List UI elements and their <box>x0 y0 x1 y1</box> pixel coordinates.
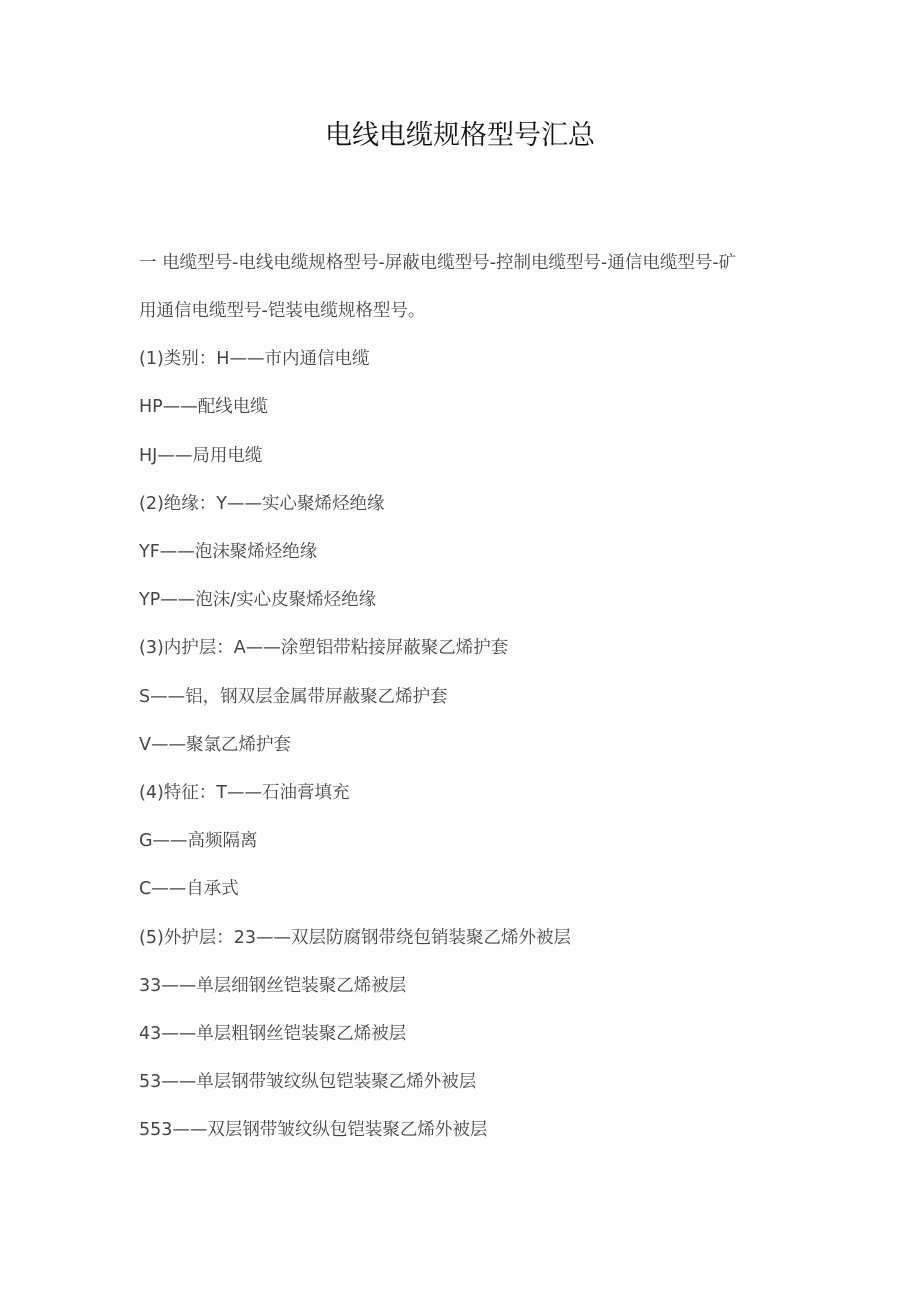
spec-item-53: 53——单层钢带皱纹纵包铠装聚乙烯外被层 <box>139 1070 476 1094</box>
spec-item-inner-sheath-a: (3)内护层：A——涂塑铝带粘接屏蔽聚乙烯护套 <box>139 636 508 660</box>
spec-item-v: V——聚氯乙烯护套 <box>139 733 291 757</box>
document-title: 电线电缆规格型号汇总 <box>0 116 920 156</box>
spec-item-yf: YF——泡沫聚烯烃绝缘 <box>139 540 317 564</box>
spec-item-s: S——铝，钢双层金属带屏蔽聚乙烯护套 <box>139 685 448 709</box>
intro-line-1: 一 电缆型号-电线电缆规格型号-屏蔽电缆型号-控制电缆型号-通信电缆型号-矿 <box>139 251 736 275</box>
spec-item-hj: HJ——局用电缆 <box>139 444 262 468</box>
spec-item-feature-t: (4)特征：T——石油膏填充 <box>139 781 349 805</box>
spec-item-category-h: (1)类别：H——市内通信电缆 <box>139 347 369 371</box>
intro-line-2: 用通信电缆型号-铠装电缆规格型号。 <box>139 299 425 323</box>
spec-item-hp: HP——配线电缆 <box>139 395 268 419</box>
spec-item-33: 33——单层细钢丝铠装聚乙烯被层 <box>139 974 406 998</box>
spec-item-553: 553——双层钢带皱纹纵包铠装聚乙烯外被层 <box>139 1118 487 1142</box>
document-page: 电线电缆规格型号汇总 一 电缆型号-电线电缆规格型号-屏蔽电缆型号-控制电缆型号… <box>0 0 920 1302</box>
spec-item-yp: YP——泡沫/实心皮聚烯烃绝缘 <box>139 588 376 612</box>
spec-item-g: G——高频隔离 <box>139 829 258 853</box>
spec-item-outer-sheath-23: (5)外护层：23——双层防腐钢带绕包销装聚乙烯外被层 <box>139 926 571 950</box>
spec-item-43: 43——单层粗钢丝铠装聚乙烯被层 <box>139 1022 406 1046</box>
spec-item-insulation-y: (2)绝缘：Y——实心聚烯烃绝缘 <box>139 492 384 516</box>
spec-item-c: C——自承式 <box>139 877 239 901</box>
